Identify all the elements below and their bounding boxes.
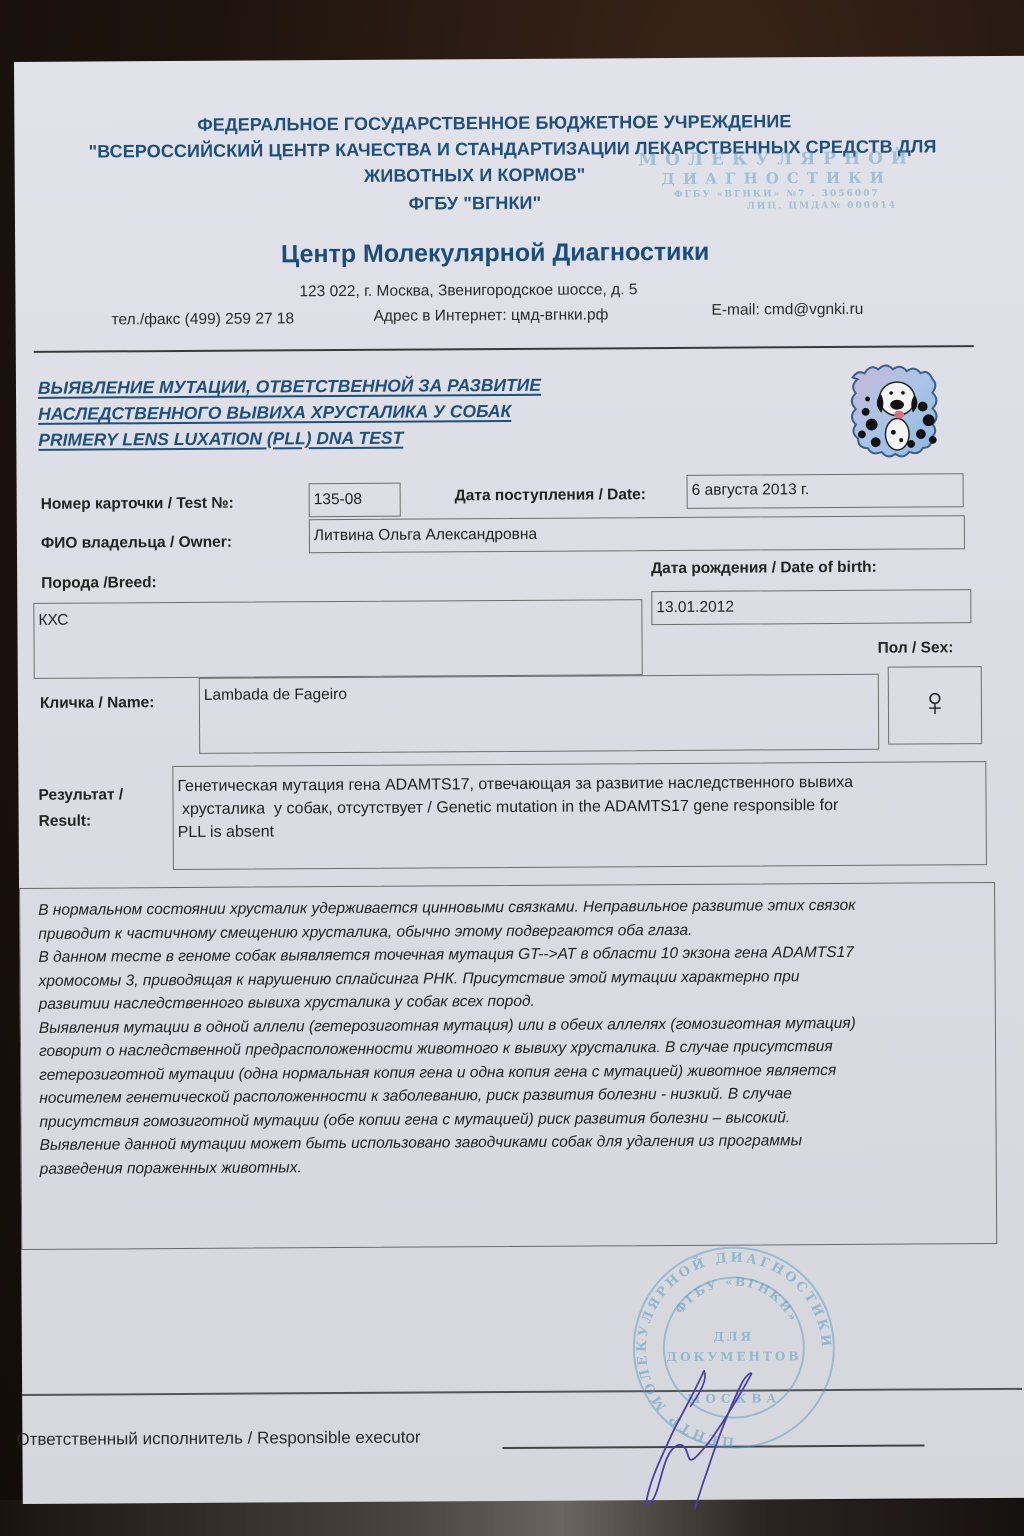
result-label-ru: Результат /: [38, 786, 123, 805]
svg-text:ФГБУ «ВГНКИ»: ФГБУ «ВГНКИ»: [672, 1274, 801, 1325]
owner-field: Литвина Ольга Александровна: [309, 515, 965, 553]
result-label-en: Result:: [39, 813, 92, 831]
signature-icon: [642, 1362, 763, 1513]
stamp-line-3: ФГБУ «ВГНКИ» №7 . 3056007: [627, 188, 927, 200]
dalmatian-logo-icon: [838, 356, 957, 467]
breed-field: КХС: [33, 599, 642, 679]
stamp-inner-text-1: ФГБУ «ВГНКИ»: [672, 1274, 801, 1325]
stamp-line-2: ДИАГНОСТИКИ: [627, 168, 927, 188]
female-symbol-icon: ♀: [888, 666, 982, 745]
test-number-field: 135-08: [309, 483, 401, 518]
email: E-mail: cmd@vgnki.ru: [711, 301, 863, 320]
address: 123 022, г. Москва, Звенигородское шоссе…: [299, 281, 637, 301]
owner-label: ФИО владельца / Owner:: [41, 534, 232, 553]
test-number-label: Номер карточки / Test №:: [41, 495, 234, 514]
breed-label: Порода /Breed:: [41, 574, 157, 593]
dog-name-label: Кличка / Name:: [40, 694, 155, 713]
date-of-birth-field: 13.01.2012: [651, 589, 971, 625]
result-field: Генетическая мутация гена ADAMTS17, отве…: [172, 761, 987, 870]
table-surface: [0, 1500, 1024, 1536]
phone: тел./факс (499) 259 27 18: [112, 310, 295, 329]
stamp-line-1: МОЛЕКУЛЯРНОЙ: [627, 148, 927, 170]
center-name: Центр Молекулярной Диагностики: [15, 236, 975, 271]
date-of-birth-label: Дата рождения / Date of birth:: [651, 559, 877, 578]
responsible-executor-label: Ответственный исполнитель / Responsible …: [16, 1428, 420, 1450]
footer-divider: [22, 1388, 1022, 1396]
header-divider: [34, 345, 974, 353]
date-received-field: 6 августа 2013 г.: [687, 473, 964, 509]
certificate-sheet: ФЕДЕРАЛЬНОЕ ГОСУДАРСТВЕННОЕ БЮДЖЕТНОЕ УЧ…: [14, 56, 1024, 1504]
date-received-label: Дата поступления / Date:: [455, 486, 646, 505]
stamp-line-4: ЛИЦ. ЦМДА№ 000014: [717, 200, 927, 211]
test-title-line-2: НАСЛЕДСТВЕННОГО ВЫВИХА ХРУСТАЛИКА У СОБА…: [38, 401, 511, 425]
sex-label: Пол / Sex:: [878, 639, 954, 657]
note-line: разведения пораженных животных.: [40, 1152, 982, 1181]
result-line-3: PLL is absent: [178, 816, 982, 844]
test-title-line-3: PRIMERY LENS LUXATION (PLL) DNA TEST: [38, 428, 403, 451]
registration-stamp: МОЛЕКУЛЯРНОЙ ДИАГНОСТИКИ ФГБУ «ВГНКИ» №7…: [627, 148, 927, 212]
org-header-line-1: ФЕДЕРАЛЬНОЕ ГОСУДАРСТВЕННОЕ БЮДЖЕТНОЕ УЧ…: [14, 110, 974, 137]
website: Адрес в Интернет: цмд-вгнки.рф: [374, 306, 609, 325]
explanation-notes: В нормальном состоянии хрусталик удержив…: [19, 882, 997, 1250]
stamp-inner-text-2: ДЛЯ: [713, 1330, 754, 1344]
dog-name-field: Lambada de Fageiro: [199, 674, 879, 754]
test-title-line-1: ВЫЯВЛЕНИЕ МУТАЦИИ, ОТВЕТСТВЕННОЙ ЗА РАЗВ…: [38, 375, 541, 399]
